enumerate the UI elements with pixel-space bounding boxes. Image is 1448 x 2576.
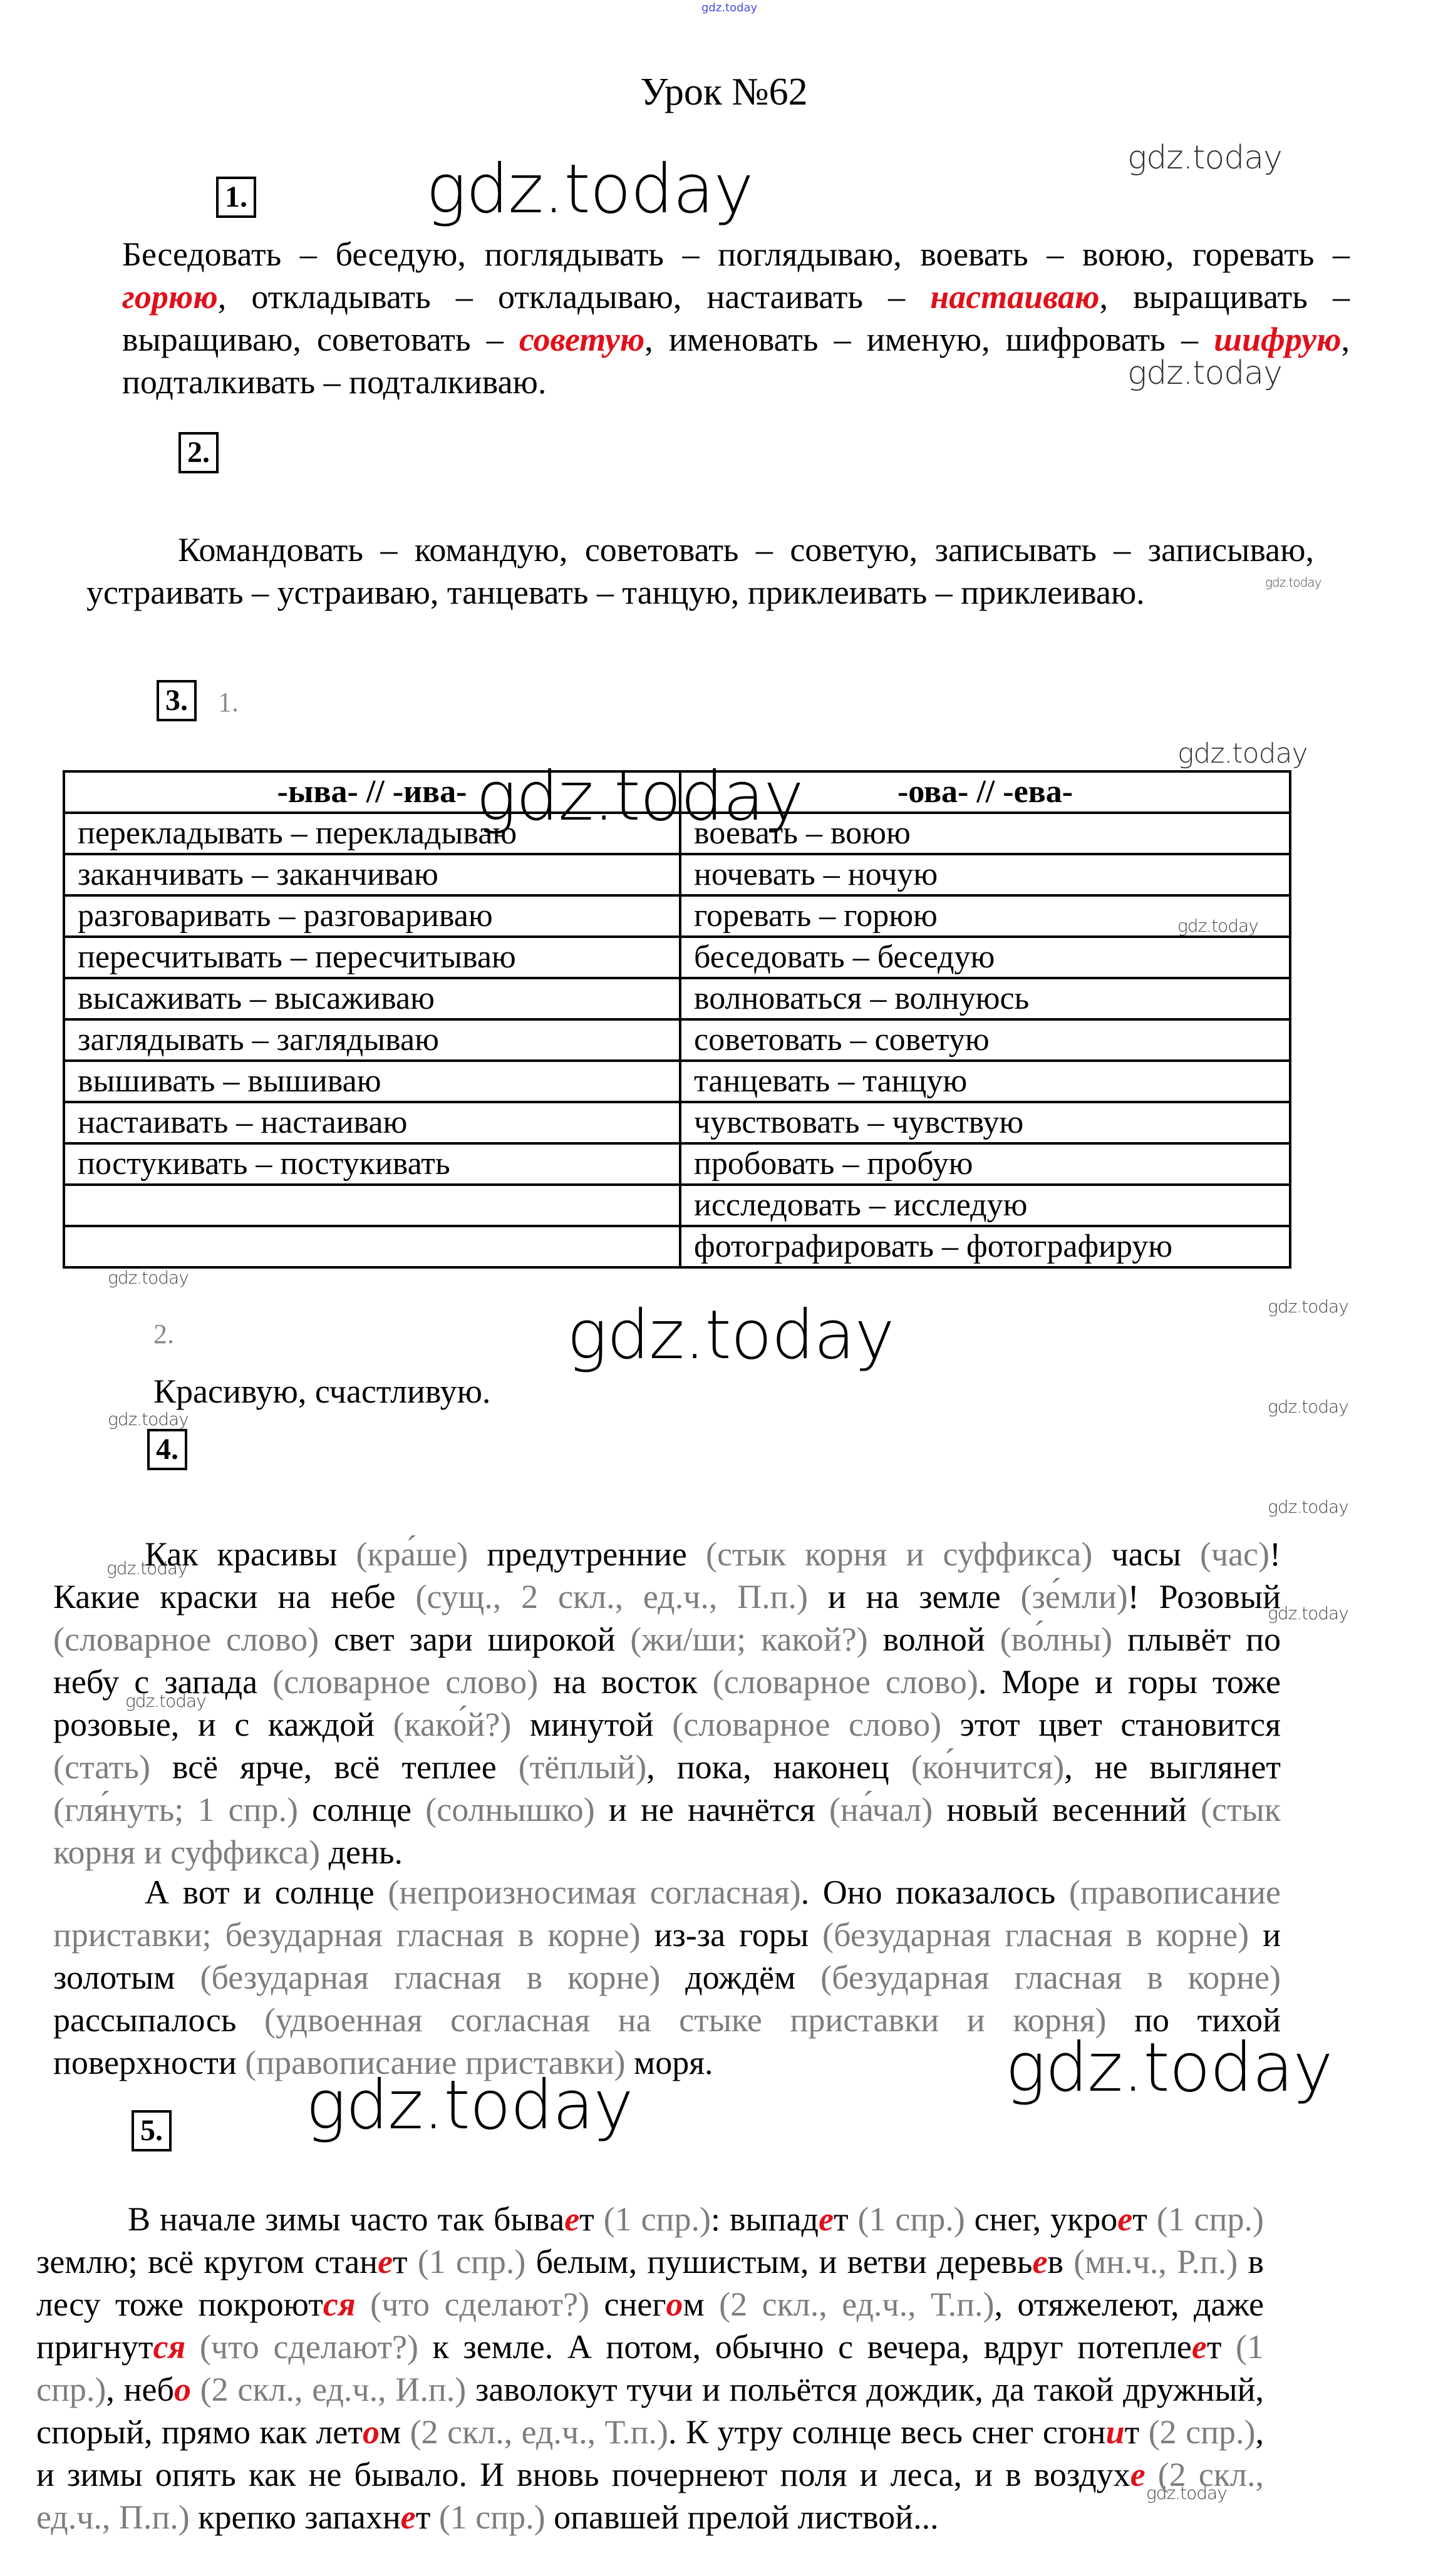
table-row: настаивать – настаиваючувствовать – чувс… xyxy=(64,1102,1290,1143)
watermark: gdz.today xyxy=(1177,738,1308,770)
grammar-note: (непроизносимая согласная) xyxy=(388,1873,800,1911)
text-fragment: этот цвет становится xyxy=(941,1706,1281,1743)
table-row: заглядывать – заглядываюсоветовать – сов… xyxy=(64,1019,1290,1061)
cell-ova-eva: фотографировать – фотографирую xyxy=(680,1226,1290,1267)
cell-yva-iva: высаживать – высаживаю xyxy=(64,978,680,1019)
table-row: пересчитывать – пересчитываюбеседовать –… xyxy=(64,937,1290,978)
text-fragment: предутренние xyxy=(468,1535,706,1573)
grammar-note: (что сделают?) xyxy=(200,2328,418,2366)
table-header-row: -ыва- // -ива- -ова- // -ева- xyxy=(64,771,1290,813)
table-row: заканчивать – заканчиваюночевать – ночую xyxy=(64,854,1290,895)
exercise-4-paragraph-1: Как красивы (кра́ше) предутренние (стык … xyxy=(53,1533,1281,1873)
table-row: вышивать – вышиваютанцевать – танцую xyxy=(64,1061,1290,1102)
highlighted-ending: е xyxy=(1117,2200,1132,2238)
grammar-note: (како́й?) xyxy=(393,1706,512,1743)
text-fragment: на восток xyxy=(538,1663,712,1701)
table-row: перекладывать – перекладываювоевать – во… xyxy=(64,813,1290,854)
grammar-note: (1 спр.) xyxy=(604,2200,711,2238)
exercise-3-table: -ыва- // -ива- -ова- // -ева- перекладыв… xyxy=(63,770,1291,1269)
cell-yva-iva: перекладывать – перекладываю xyxy=(64,813,680,854)
grammar-note: (гля́нуть; 1 спр.) xyxy=(53,1791,298,1828)
grammar-note: (удвоенная согласная на стыке приставки … xyxy=(264,2001,1106,2039)
text-fragment: моря. xyxy=(626,2044,713,2081)
cell-ova-eva: воевать – воюю xyxy=(680,813,1290,854)
text-fragment: снег xyxy=(589,2285,666,2323)
text-fragment: Как красивы xyxy=(145,1535,356,1573)
text-fragment: свет зари широкой xyxy=(319,1620,630,1658)
text-fragment: . Оно показалось xyxy=(801,1873,1069,1911)
highlighted-ending: горюю xyxy=(122,278,218,316)
cell-yva-iva: вышивать – вышиваю xyxy=(64,1061,680,1102)
exercise-3-number: 3. xyxy=(157,680,197,721)
highlighted-ending: е xyxy=(401,2498,416,2536)
page-title: Урок №62 xyxy=(0,70,1448,115)
grammar-note: (во́лны) xyxy=(1000,1620,1113,1658)
grammar-note: (1 спр.) xyxy=(439,2498,546,2536)
highlighted-ending: ся xyxy=(323,2285,356,2323)
text-fragment: т xyxy=(834,2200,858,2238)
grammar-note: (стык корня и суффикса) xyxy=(706,1535,1092,1573)
cell-ova-eva: беседовать – беседую xyxy=(680,937,1290,978)
column-header-ova-eva: -ова- // -ева- xyxy=(680,771,1290,813)
highlighted-ending: е xyxy=(819,2200,834,2238)
text-fragment: т xyxy=(416,2498,439,2536)
grammar-note: (солнышко) xyxy=(425,1791,594,1828)
text-fragment: день. xyxy=(320,1833,403,1871)
highlighted-ending: советую xyxy=(519,321,644,358)
table-row: высаживать – высаживаюволноваться – волн… xyxy=(64,978,1290,1019)
cell-ova-eva: горевать – горюю xyxy=(680,895,1290,937)
highlighted-ending: настаиваю xyxy=(930,278,1099,316)
text-fragment: . К утру солнце весь снег сгон xyxy=(668,2413,1106,2451)
grammar-note: (сущ., 2 скл., ед.ч., П.п.) xyxy=(415,1578,808,1615)
text-fragment: , не выглянет xyxy=(1064,1748,1281,1786)
text-fragment: Беседовать – беседую, поглядывать – погл… xyxy=(122,235,1350,273)
text-fragment: и не начнётся xyxy=(595,1791,829,1828)
grammar-note: (кра́ше) xyxy=(356,1535,468,1573)
text-fragment: т xyxy=(1207,2328,1236,2366)
text-fragment: солнце xyxy=(298,1791,425,1828)
text-fragment: снег, укро xyxy=(965,2200,1117,2238)
text-fragment: т xyxy=(1132,2200,1157,2238)
grammar-note: (словарное слово) xyxy=(713,1663,978,1701)
grammar-note: (2 спр.) xyxy=(1149,2413,1256,2451)
exercise-4-number: 4. xyxy=(147,1429,187,1470)
grammar-note: (словарное слово) xyxy=(272,1663,538,1701)
text-fragment: : выпад xyxy=(711,2200,819,2238)
highlighted-ending: шифрую xyxy=(1214,321,1341,358)
cell-yva-iva: разговаривать – разговариваю xyxy=(64,895,680,937)
grammar-note: (ко́нчится) xyxy=(911,1748,1064,1786)
text-fragment: волной xyxy=(868,1620,1000,1658)
text-fragment: к земле. А потом, обычно с вечера, вдруг… xyxy=(418,2328,1192,2366)
column-header-yva-iva: -ыва- // -ива- xyxy=(64,771,680,813)
cell-yva-iva xyxy=(64,1185,680,1226)
text-fragment: т xyxy=(1125,2413,1149,2451)
text-fragment: , именовать – именую, шифровать – xyxy=(644,321,1214,358)
watermark: gdz.today xyxy=(1268,1296,1348,1317)
text-fragment: , неб xyxy=(106,2371,174,2408)
highlighted-ending: о xyxy=(363,2413,380,2451)
highlighted-ending: е xyxy=(1192,2328,1207,2366)
text-fragment: , пока, наконец xyxy=(646,1748,911,1786)
exercise-1-number: 1. xyxy=(216,177,256,218)
text-fragment: из-за горы xyxy=(641,1916,822,1954)
grammar-note: (стать) xyxy=(53,1748,150,1786)
grammar-note: (1 спр.) xyxy=(1157,2200,1264,2238)
highlighted-ending: е xyxy=(1033,2243,1048,2280)
exercise-2-number: 2. xyxy=(178,432,219,473)
exercise-2-text: Командовать – командую, советовать – сов… xyxy=(86,528,1314,614)
text-fragment xyxy=(191,2371,200,2408)
cell-yva-iva: постукивать – постукивать xyxy=(64,1143,680,1185)
text-fragment: т xyxy=(579,2200,604,2238)
watermark: gdz.today xyxy=(1127,139,1282,177)
highlighted-ending: о xyxy=(174,2371,191,2408)
watermark: gdz.today xyxy=(108,1267,189,1288)
text-fragment: м xyxy=(380,2413,410,2451)
exercise-3-subnumber-1: 1. xyxy=(218,686,239,718)
highlighted-ending: е xyxy=(1130,2456,1145,2493)
text-fragment: ! Розовый xyxy=(1128,1578,1281,1615)
text-fragment xyxy=(356,2285,370,2323)
grammar-note: (2 скл., ед.ч., Т.п.) xyxy=(719,2285,994,2323)
watermark: gdz.today xyxy=(426,150,753,229)
text-fragment: т xyxy=(393,2243,418,2280)
grammar-note: (безударная гласная в корне) xyxy=(822,1916,1249,1954)
text-fragment: , откладывать – откладываю, настаивать – xyxy=(218,278,931,316)
exercise-4-paragraph-2: А вот и солнце (непроизносимая согласная… xyxy=(53,1871,1281,2084)
cell-yva-iva: настаивать – настаиваю xyxy=(64,1102,680,1143)
cell-ova-eva: танцевать – танцую xyxy=(680,1061,1290,1102)
watermark: gdz.today xyxy=(1268,1497,1348,1517)
table-row: исследовать – исследую xyxy=(64,1185,1290,1226)
text-fragment: часы xyxy=(1092,1535,1200,1573)
cell-ova-eva: ночевать – ночую xyxy=(680,854,1290,895)
table-row: постукивать – постукиватьпробовать – про… xyxy=(64,1143,1290,1185)
highlighted-ending: ся xyxy=(153,2328,185,2366)
text-fragment: В начале зимы часто так бывa xyxy=(128,2200,564,2238)
top-watermark: gdz.today xyxy=(701,1,757,14)
grammar-note: (1 спр.) xyxy=(418,2243,526,2280)
grammar-note: (жи/ши; какой?) xyxy=(630,1620,867,1658)
text-fragment: крепко запахн xyxy=(190,2498,401,2536)
grammar-note: (час) xyxy=(1200,1535,1270,1573)
grammar-note: (2 скл., ед.ч., И.п.) xyxy=(200,2371,467,2408)
text-fragment: всё ярче, всё теплее xyxy=(150,1748,519,1786)
grammar-note: (зе́мли) xyxy=(1021,1578,1128,1615)
cell-ova-eva: пробовать – пробую xyxy=(680,1143,1290,1185)
text-fragment: новый весенний xyxy=(933,1791,1201,1828)
text-fragment: в xyxy=(1048,2243,1074,2280)
grammar-note: (правописание приставки) xyxy=(245,2044,625,2081)
highlighted-ending: е xyxy=(378,2243,393,2280)
table-row: разговаривать – разговариваюгоревать – г… xyxy=(64,895,1290,937)
highlighted-ending: о xyxy=(666,2285,683,2323)
cell-yva-iva: пересчитывать – пересчитываю xyxy=(64,937,680,978)
text-fragment: землю; всё кругом стан xyxy=(36,2243,378,2280)
text-fragment: и на земле xyxy=(808,1578,1020,1615)
text-fragment: белым, пушистым, и ветви деревь xyxy=(525,2243,1032,2280)
text-fragment: опавшей прелой листвой... xyxy=(546,2498,939,2536)
exercise-3-answer-2: Красивую, счастливую. xyxy=(153,1370,490,1413)
grammar-note: (что сделают?) xyxy=(370,2285,589,2323)
grammar-note: (безударная гласная в корне) xyxy=(200,1959,660,1996)
text-fragment: рассыпалось xyxy=(53,2001,264,2039)
text-fragment: дождём xyxy=(660,1959,820,1996)
text-fragment xyxy=(1145,2456,1158,2493)
grammar-note: (2 скл., ед.ч., Т.п.) xyxy=(410,2413,668,2451)
exercise-1-text: Беседовать – беседую, поглядывать – погл… xyxy=(122,233,1350,403)
grammar-note: (1 спр.) xyxy=(858,2200,965,2238)
text-fragment: минутой xyxy=(511,1706,672,1743)
exercise-5-number: 5. xyxy=(132,2110,172,2151)
exercise-5-text: В начале зимы часто так бывaет (1 спр.):… xyxy=(36,2198,1264,2538)
cell-yva-iva: заглядывать – заглядываю xyxy=(64,1019,680,1061)
highlighted-ending: е xyxy=(564,2200,579,2238)
cell-yva-iva xyxy=(64,1226,680,1267)
cell-ova-eva: чувствовать – чувствую xyxy=(680,1102,1290,1143)
exercise-3-subnumber-2: 2. xyxy=(153,1318,174,1350)
text-fragment: А вот и солнце xyxy=(145,1873,388,1911)
grammar-note: (словарное слово) xyxy=(53,1620,319,1658)
table-row: фотографировать – фотографирую xyxy=(64,1226,1290,1267)
cell-ova-eva: исследовать – исследую xyxy=(680,1185,1290,1226)
text-fragment: м xyxy=(683,2285,720,2323)
grammar-note: (на́чал) xyxy=(829,1791,933,1828)
grammar-note: (словарное слово) xyxy=(672,1706,941,1743)
cell-yva-iva: заканчивать – заканчиваю xyxy=(64,854,680,895)
grammar-note: (тёплый) xyxy=(519,1748,647,1786)
grammar-note: (безударная гласная в корне) xyxy=(820,1959,1281,1996)
cell-ova-eva: волноваться – волнуюсь xyxy=(680,978,1290,1019)
highlighted-ending: и xyxy=(1106,2413,1125,2451)
watermark: gdz.today xyxy=(1268,1396,1348,1417)
grammar-note: (мн.ч., Р.п.) xyxy=(1073,2243,1238,2280)
cell-ova-eva: советовать – советую xyxy=(680,1019,1290,1061)
text-fragment xyxy=(185,2328,200,2366)
watermark: gdz.today xyxy=(567,1296,894,1374)
